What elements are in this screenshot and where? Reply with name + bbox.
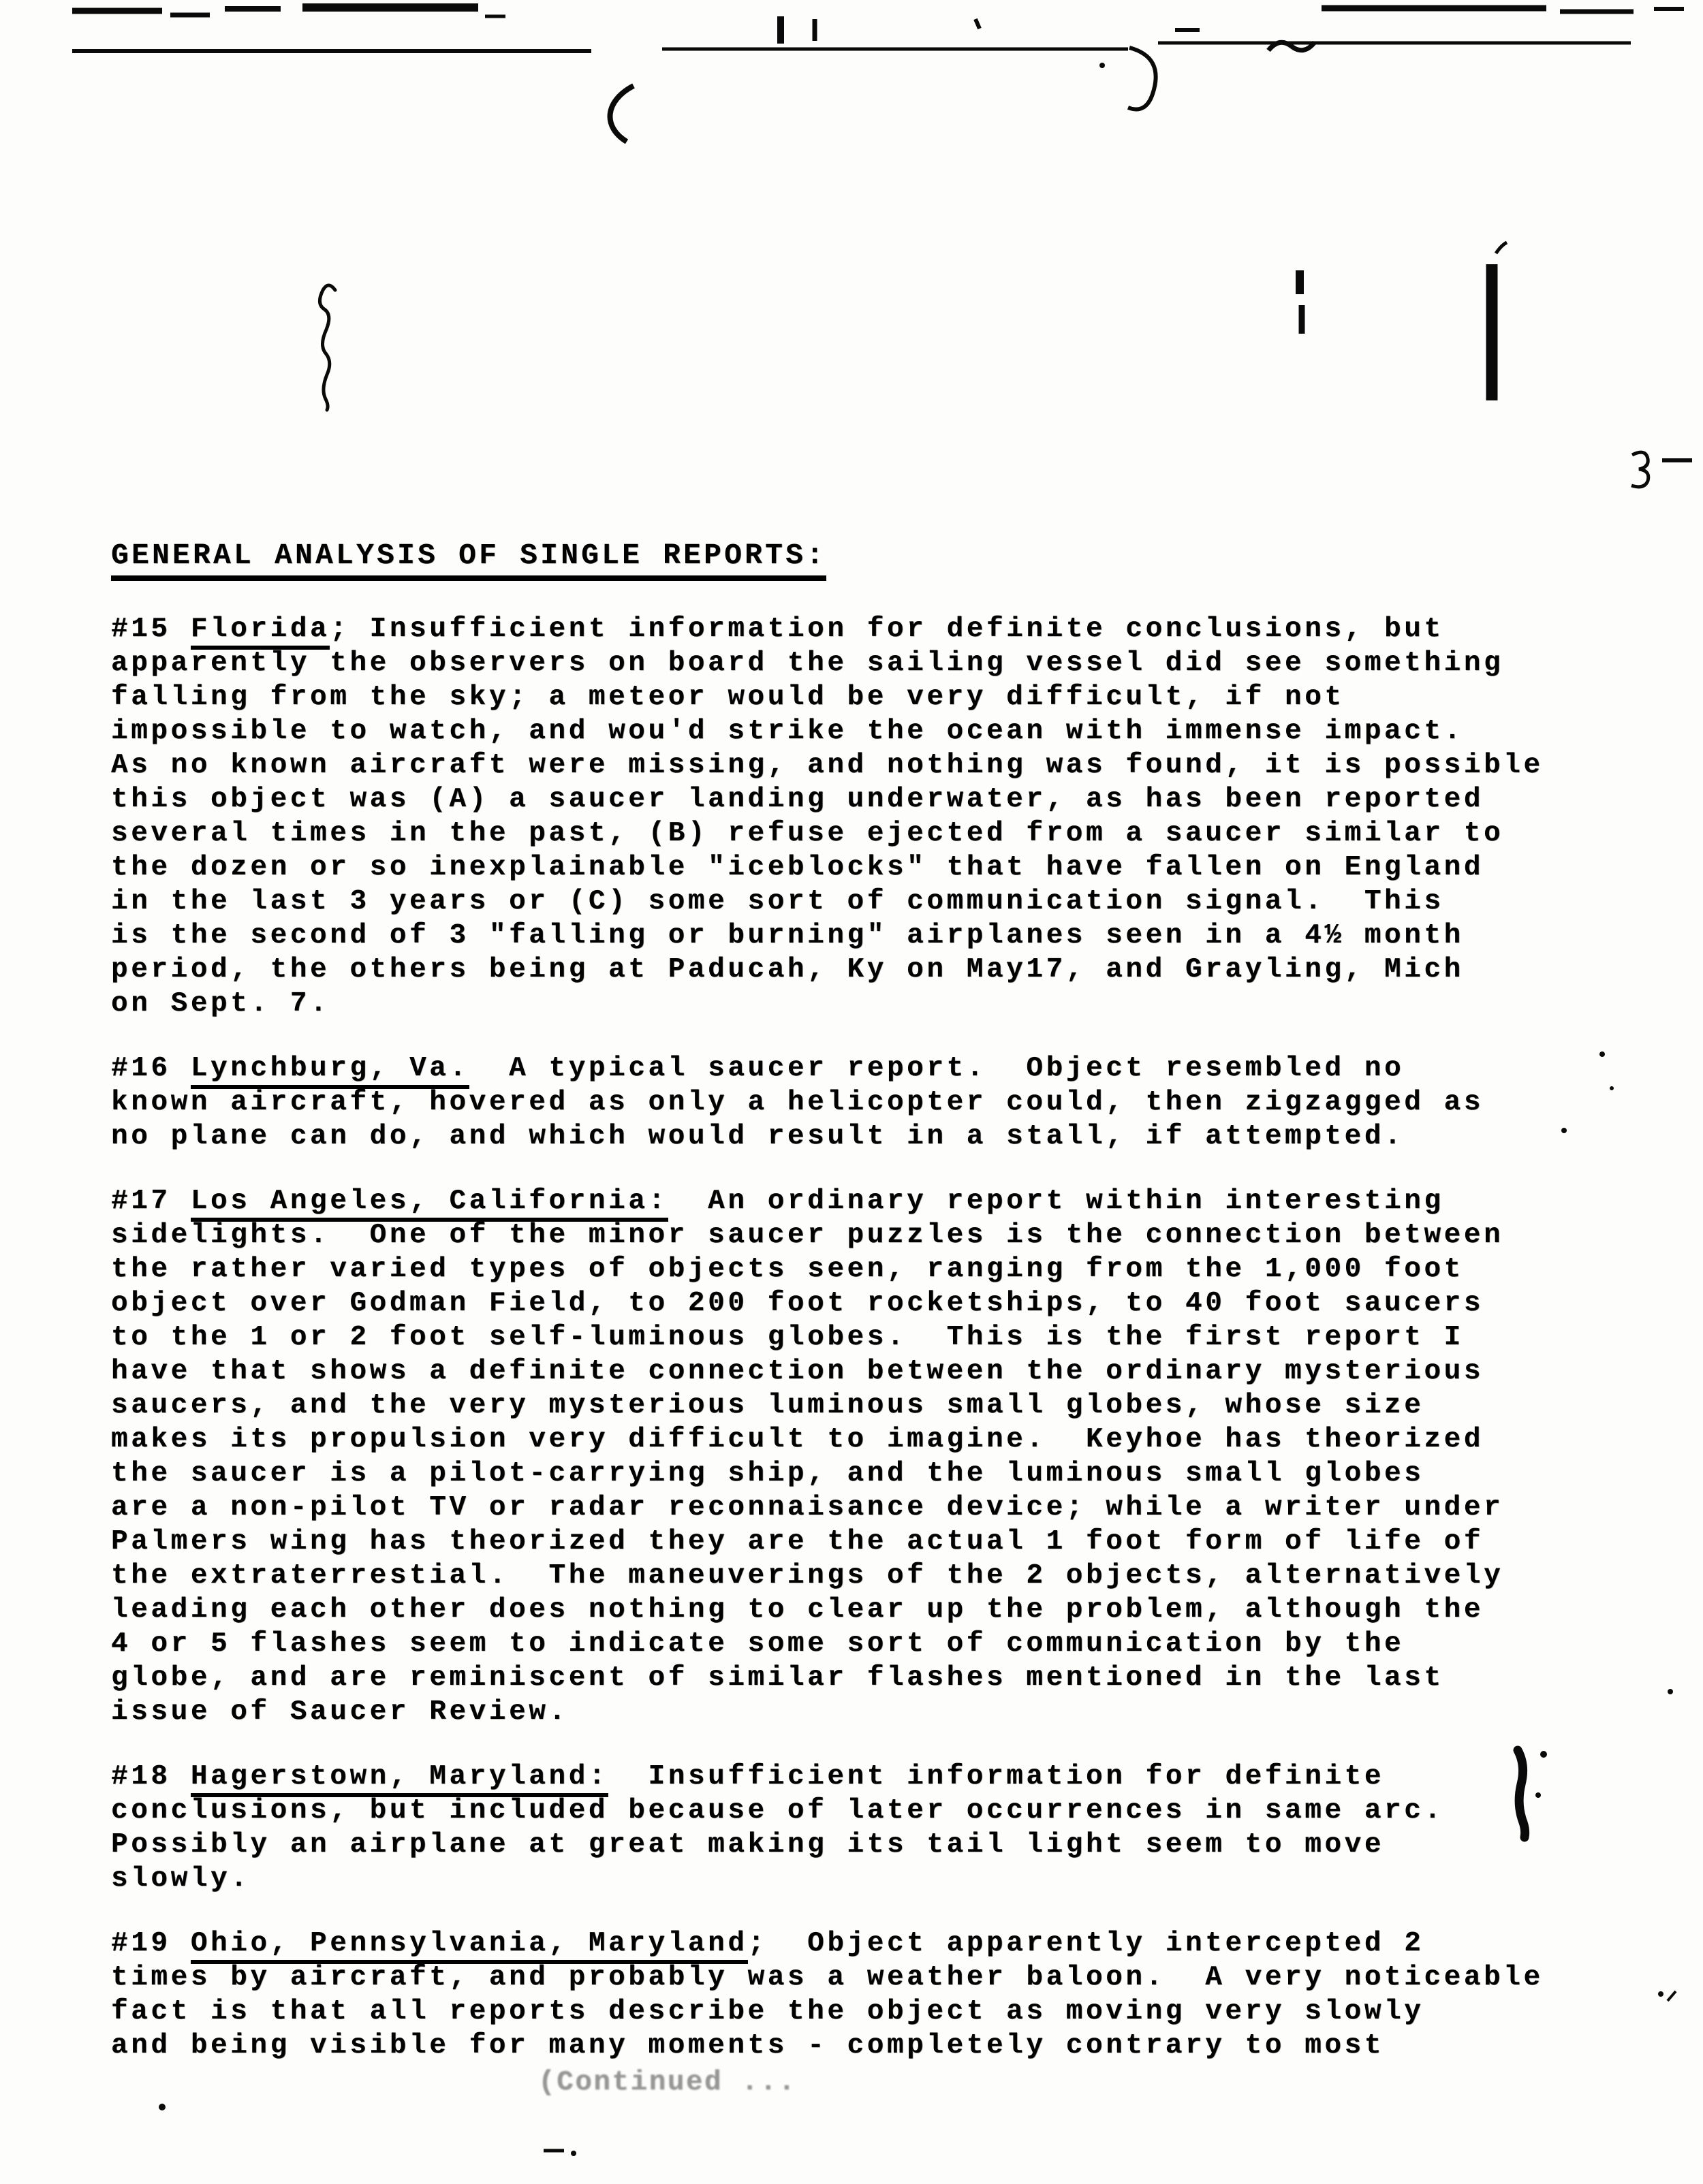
report-18: #18 Hagerstown, Maryland: Insufficient i…	[111, 1760, 1671, 1896]
report-15: #15 Florida; Insufficient information fo…	[111, 612, 1671, 1021]
report-17: #17 Los Angeles, California: An ordinary…	[111, 1184, 1671, 1729]
report-18-location: Hagerstown, Maryland:	[191, 1761, 608, 1797]
report-16: #16 Lynchburg, Va. A typical saucer repo…	[111, 1051, 1671, 1154]
report-19: #19 Ohio, Pennsylvania, Maryland; Object…	[111, 1927, 1671, 2063]
page-title: GENERAL ANALYSIS OF SINGLE REPORTS:	[111, 539, 826, 581]
continued-note: (Continued ...	[538, 2066, 1671, 2100]
report-17-location: Los Angeles, California:	[191, 1186, 668, 1222]
report-15-location: Florida	[191, 614, 330, 650]
report-16-location: Lynchburg, Va.	[191, 1053, 469, 1089]
report-15-body: ; Insufficient information for definite …	[111, 614, 1544, 1019]
report-17-number: #17	[111, 1186, 191, 1217]
report-18-number: #18	[111, 1761, 191, 1792]
report-15-number: #15	[111, 614, 191, 645]
report-16-number: #16	[111, 1053, 191, 1084]
title-row: GENERAL ANALYSIS OF SINGLE REPORTS:	[111, 539, 1671, 573]
document-page: GENERAL ANALYSIS OF SINGLE REPORTS: #15 …	[111, 0, 1671, 2100]
report-19-number: #19	[111, 1928, 191, 1959]
report-17-body: An ordinary report within interesting si…	[111, 1186, 1503, 1728]
report-19-location: Ohio, Pennsylvania, Maryland	[191, 1928, 748, 1964]
